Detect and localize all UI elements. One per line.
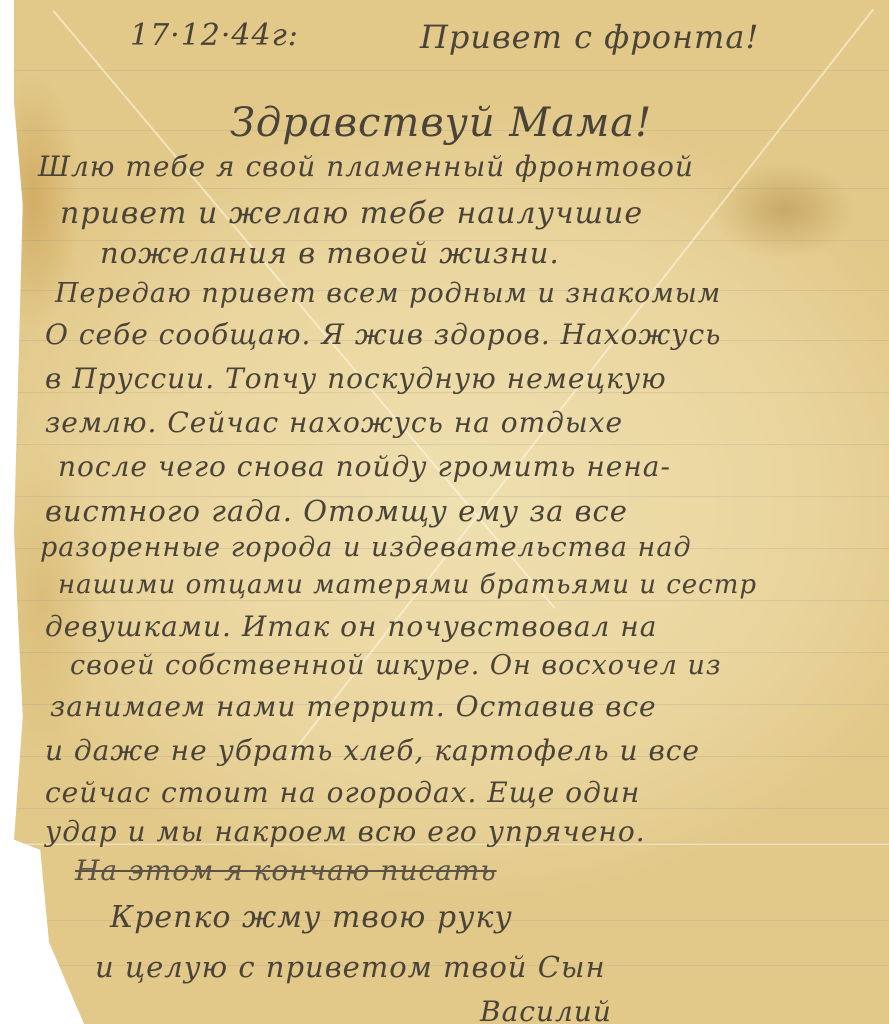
closing-line: Крепко жму твою руку: [110, 900, 513, 935]
ruled-line: [14, 600, 889, 601]
letter-line: своей собственной шкуре. Он восхочел из: [70, 650, 722, 681]
letter-line: вистного гада. Отомщу ему за все: [45, 494, 628, 528]
letter-line: разоренные города и издевательства над: [40, 532, 692, 563]
letter-line: в Пруссии. Топчу поскудную немецкую: [45, 362, 667, 395]
ruled-line: [14, 188, 889, 189]
letter-date: 17·12·44г:: [130, 18, 299, 53]
closing-line: и целую с приветом твой Сын: [95, 950, 606, 984]
letter-line: занимаем нами террит. Оставив все: [50, 690, 657, 723]
letter-line: нашими отцами матерями братьями и сестр: [58, 570, 757, 600]
signature: Василий: [480, 995, 612, 1024]
struck-out-line: На этом я кончаю писать: [75, 854, 497, 887]
letter-header: Привет с фронта!: [420, 18, 759, 56]
letter-line: удар и мы накроем всю его упрячено.: [45, 815, 646, 848]
letter-greeting: Здравствуй Мама!: [230, 100, 652, 146]
ruled-line: [14, 444, 889, 445]
letter-line: девушками. Итак он почувствовал на: [45, 610, 657, 643]
letter-line: землю. Сейчас нахожусь на отдыхе: [45, 406, 623, 439]
ruled-line: [14, 70, 889, 71]
letter-line: Передаю привет всем родным и знакомым: [55, 278, 721, 309]
letter-line: О себе сообщаю. Я жив здоров. Нахожусь: [45, 318, 721, 351]
letter-line: сейчас стоит на огородах. Еще один: [45, 776, 640, 809]
letter-line: Шлю тебе я свой пламенный фронтовой: [38, 150, 694, 183]
letter-line: пожелания в твоей жизни.: [100, 236, 560, 270]
letter-line: привет и желаю тебе наилучшие: [60, 196, 643, 231]
letter-line: после чего снова пойду громить нена-: [58, 450, 671, 483]
letter-line: и даже не убрать хлеб, картофель и все: [45, 734, 700, 767]
